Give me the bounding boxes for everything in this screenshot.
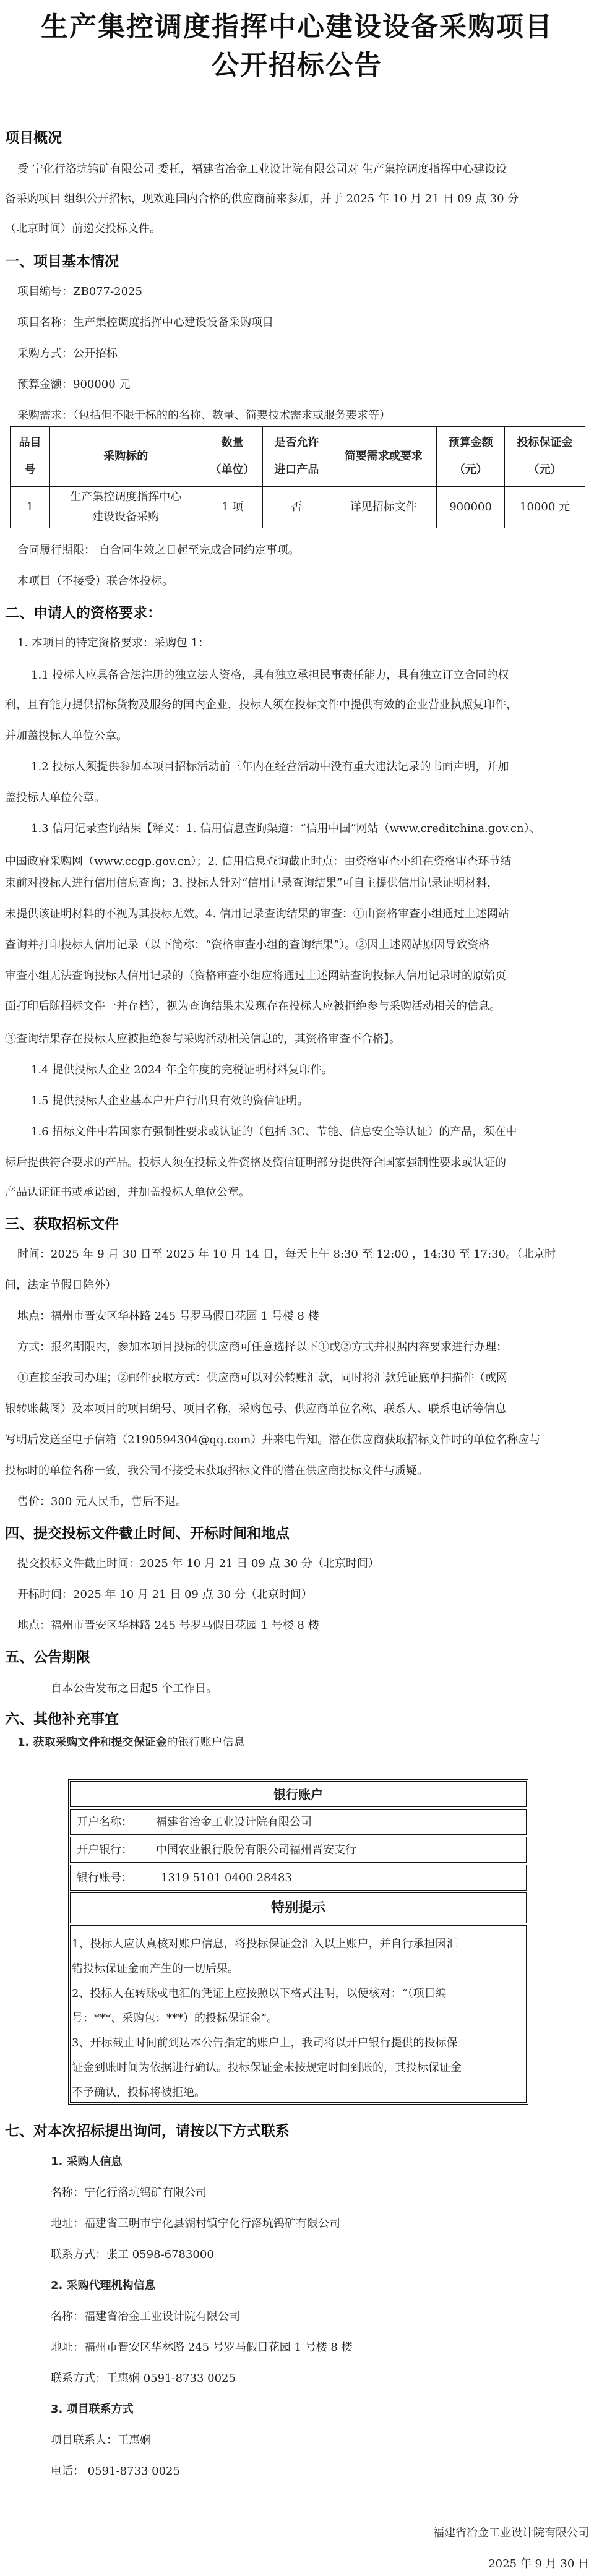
col-header-deposit: 投标保证金（元） xyxy=(505,427,585,487)
project-contact-person: 项目联系人：王惠娴 xyxy=(51,2433,151,2448)
doc-acquisition-line: 时间：2025 年 9 月 30 日至 2025 年 10 月 14 日，每天上… xyxy=(17,1247,556,1262)
qualification-line: 1.2 投标人须提供参加本项目招标活动前三年内在经营活动中没有重大违法记录的书面… xyxy=(31,760,509,775)
table-row: 1 生产集控调度指挥中心建设设备采购 1 项 否 详见招标文件 900000 1… xyxy=(11,487,585,528)
qualification-line: 1.4 提供投标人企业 2024 年全年度的完税证明材料复印件。 xyxy=(31,1063,333,1078)
notice-line: 3、开标截止时间前到达本公告指定的账户上，我司将以开户银行提供的投标保 xyxy=(72,2031,525,2056)
project-contact-heading: 3. 项目联系方式 xyxy=(51,2402,134,2417)
cell-import: 否 xyxy=(263,487,330,528)
signature-org: 福建省冶金工业设计院有限公司 xyxy=(433,2526,589,2541)
purchaser-name: 名称：宁化行洛坑钨矿有限公司 xyxy=(51,2186,207,2200)
qualification-line: 未提供该证明材料的不视为其投标无效。4. 信用记录查询结果的审查：①由资格审查小… xyxy=(5,907,509,922)
qualification-line: 产品认证证书或承诺函，并加盖投标人单位公章。 xyxy=(5,1185,250,1200)
agency-address: 地址：福州市晋安区华林路 245 号罗马假日花园 1 号楼 8 楼 xyxy=(51,2340,353,2355)
qualification-line: 1.6 招标文件中若国家有强制性要求或认证的（包括 3C、节能、信息安全等认证）… xyxy=(31,1125,517,1140)
qualification-line: 束前对投标人进行信用信息查询；3. 投标人针对“信用记录查询结果”可自主提供信用… xyxy=(5,876,498,891)
procurement-requirement: 采购需求：（包括但不限于标的的名称、数量、简要技术需求或服务要求等） xyxy=(17,408,390,423)
bank-account-header: 银行账户 xyxy=(70,1781,527,1807)
qualification-line: 1.5 提供投标人企业基本户开户行出具有效的资信证明。 xyxy=(31,1094,308,1109)
cell-item-no: 1 xyxy=(11,487,50,528)
purchaser-address: 地址：福建省三明市宁化县湖村镇宁化行洛坑钨矿有限公司 xyxy=(51,2217,340,2231)
project-number: 项目编号：ZB077-2025 xyxy=(17,285,142,299)
cell-subject: 生产集控调度指挥中心建设设备采购 xyxy=(49,487,202,528)
bank-account-table: 银行账户 开户名称： 福建省冶金工业设计院有限公司 开户银行： 中国农业银行股份… xyxy=(68,1779,528,2105)
cell-requirement: 详见招标文件 xyxy=(330,487,437,528)
section-7-heading: 七、对本次招标提出询问，请按以下方式联系 xyxy=(5,2122,290,2140)
notice-line: 错投标保证金而产生的一切后果。 xyxy=(72,1957,525,1981)
col-header-import: 是否允许进口产品 xyxy=(263,427,330,487)
col-header-requirement: 简要需求或要求 xyxy=(330,427,437,487)
agency-heading: 2. 采购代理机构信息 xyxy=(51,2278,156,2293)
doc-acquisition-line: 银转账截图）及本项目的项目编号、项目名称，采购包号、供应商单位名称、联系人、联系… xyxy=(5,1402,506,1417)
section-3-heading: 三、获取招标文件 xyxy=(5,1215,119,1234)
signature-date: 2025 年 9 月 30 日 xyxy=(488,2557,589,2572)
bank-row-account-number: 银行账号： 1319 5101 0400 28483 xyxy=(70,1865,527,1891)
project-name: 项目名称：生产集控调度指挥中心建设设备采购项目 xyxy=(17,316,273,330)
col-header-item-no: 品目号 xyxy=(11,427,50,487)
qualification-line: 并加盖投标人单位公章。 xyxy=(5,729,127,744)
purchaser-contact: 联系方式：张工 0598-6783000 xyxy=(51,2248,214,2262)
bank-row-account-name: 开户名称： 福建省冶金工业设计院有限公司 xyxy=(70,1809,527,1835)
announcement-period: 自本公告发布之日起5 个工作日。 xyxy=(51,1681,217,1696)
notice-line: 不予确认，投标将被拒绝。 xyxy=(72,2080,525,2105)
page-title-line1: 生产集控调度指挥中心建设设备采购项目 xyxy=(0,9,594,46)
purchaser-heading: 1. 采购人信息 xyxy=(51,2155,123,2170)
requirements-table: 品目号 采购标的 数量（单位） 是否允许进口产品 简要需求或要求 预算金额（元）… xyxy=(10,426,585,528)
table-header-row: 品目号 采购标的 数量（单位） 是否允许进口产品 简要需求或要求 预算金额（元）… xyxy=(11,427,585,487)
overview-line: （北京时间）前递交投标文件。 xyxy=(5,221,161,236)
bank-row-bank-name: 开户银行： 中国农业银行股份有限公司福州晋安支行 xyxy=(70,1837,527,1863)
bank-info-subheading: 1. 获取采购文件和提交保证金的银行账户信息 xyxy=(17,1735,245,1750)
notice-line: 号：***、采购包：***）的投标保证金”。 xyxy=(72,2006,525,2031)
notice-line: 1、投标人应认真核对账户信息，将投标保证金汇入以上账户，并自行承担因汇 xyxy=(72,1932,525,1957)
qualification-intro: 1. 本项目的特定资格要求：采购包 1： xyxy=(17,636,209,651)
doc-acquisition-line: 方式：报名期限内，参加本项目投标的供应商可任意选择以下①或②方式并根据内容要求进… xyxy=(17,1340,507,1355)
col-header-budget: 预算金额（元） xyxy=(437,427,505,487)
agency-name: 名称：福建省冶金工业设计院有限公司 xyxy=(51,2309,240,2324)
contract-period: 合同履行期限： 自合同生效之日起至完成合同约定事项。 xyxy=(17,543,299,558)
qualification-line: 中国政府采购网（www.ccgp.gov.cn）；2. 信用信息查询截止时点：由… xyxy=(5,854,511,869)
section-1-heading: 一、项目基本情况 xyxy=(5,252,119,271)
qualification-line: 1.3 信用记录查询结果【释义：1. 信用信息查询渠道：“信用中国”网站（www… xyxy=(31,822,541,836)
cell-quantity: 1 项 xyxy=(202,487,263,528)
doc-acquisition-line: 投标时的单位名称一致，我公司不接受未获取招标文件的潜在供应商投标文件与质疑。 xyxy=(5,1464,428,1479)
procurement-method: 采购方式：公开招标 xyxy=(17,346,118,361)
overview-line: 备采购项目 组织公开招标，现欢迎国内合格的供应商前来参加，并于 2025 年 1… xyxy=(5,192,519,207)
notice-line: 2、投标人在转账或电汇的凭证上应按照以下格式注明，以便核对：“（项目编 xyxy=(72,1981,525,2006)
qualification-line: ③查询结果存在投标人应被拒绝参与采购活动相关信息的，其资格审查不合格】。 xyxy=(5,1032,400,1047)
overview-heading: 项目概况 xyxy=(5,129,62,147)
consortium-note: 本项目（不接受）联合体投标。 xyxy=(17,574,173,589)
special-notice-header: 特别提示 xyxy=(70,1892,527,1923)
section-6-heading: 六、其他补充事宜 xyxy=(5,1710,119,1728)
col-header-subject: 采购标的 xyxy=(49,427,202,487)
agency-contact: 联系方式：王惠娴 0591-8733 0025 xyxy=(51,2371,236,2386)
qualification-line: 标后提供符合要求的产品。投标人须在投标文件资格及资信证明部分提供符合国家强制性要… xyxy=(5,1156,506,1170)
overview-line: 受 宁化行洛坑钨矿有限公司 委托，福建省冶金工业设计院有限公司对 生产集控调度指… xyxy=(17,162,507,177)
qualification-line: 审查小组无法查询投标人信用记录的（资格审查小组应将通过上述网站查询投标人信用记录… xyxy=(5,969,506,984)
qualification-line: 1.1 投标人应具备合法注册的独立法人资格，具有独立承担民事责任能力，具有独立订… xyxy=(31,668,509,683)
doc-acquisition-line: 写明后发送至电子信箱（2190594304@qq.com）并来电告知。潜在供应商… xyxy=(5,1433,540,1448)
section-4-heading: 四、提交投标文件截止时间、开标时间和地点 xyxy=(5,1524,290,1543)
qualification-line: 利，且有能力提供招标货物及服务的国内企业，投标人须在投标文件中提供有效的企业营业… xyxy=(5,698,517,713)
cell-deposit: 10000 元 xyxy=(505,487,585,528)
doc-price: 售价：300 元人民币，售后不退。 xyxy=(17,1495,187,1509)
col-header-quantity: 数量（单位） xyxy=(202,427,263,487)
qualification-line: 盖投标人单位公章。 xyxy=(5,791,105,805)
page-title-line2: 公开招标公告 xyxy=(0,47,594,84)
cell-budget: 900000 xyxy=(437,487,505,528)
opening-time: 开标时间：2025 年 10 月 21 日 09 点 30 分（北京时间） xyxy=(17,1587,312,1602)
project-contact-phone: 电话： 0591-8733 0025 xyxy=(51,2464,180,2479)
doc-acquisition-line: ①直接至我司办理；②邮件获取方式：供应商可以对公转账汇款，同时将汇款凭证底单扫描… xyxy=(17,1371,507,1386)
doc-acquisition-line: 地点：福州市晋安区华林路 245 号罗马假日花园 1 号楼 8 楼 xyxy=(17,1309,319,1324)
special-notice-body: 1、投标人应认真核对账户信息，将投标保证金汇入以上账户，并自行承担因汇 错投标保… xyxy=(70,1925,527,2103)
section-2-heading: 二、申请人的资格要求： xyxy=(5,604,161,622)
submission-deadline: 提交投标文件截止时间：2025 年 10 月 21 日 09 点 30 分（北京… xyxy=(17,1556,379,1571)
budget-amount: 预算金额：900000 元 xyxy=(17,377,130,392)
opening-location: 地点：福州市晋安区华林路 245 号罗马假日花园 1 号楼 8 楼 xyxy=(17,1618,319,1633)
qualification-line: 面打印后随招标文件一并存档），视为查询结果未发现存在投标人应被拒绝参与采购活动相… xyxy=(5,999,501,1014)
section-5-heading: 五、公告期限 xyxy=(5,1648,90,1667)
doc-acquisition-line: 间，法定节假日除外） xyxy=(5,1278,116,1293)
notice-line: 证金到账时间为依据进行确认。投标保证金未按规定时间到账的，其投标保证金 xyxy=(72,2056,525,2080)
qualification-line: 查询并打印投标人信用记录（以下简称：“资格审查小组的查询结果”）。②因上述网站原… xyxy=(5,938,489,953)
